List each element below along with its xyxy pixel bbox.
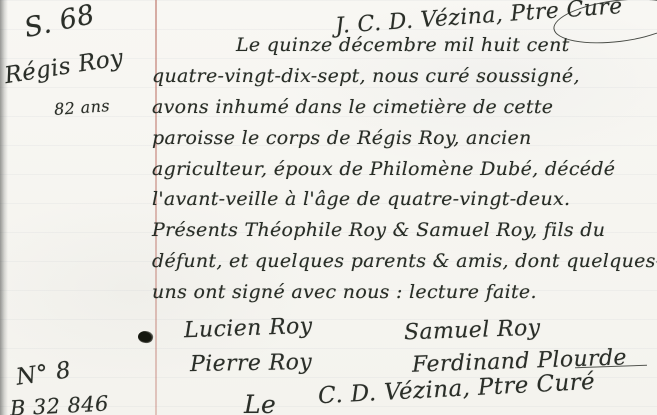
act-line: agriculteur, époux de Philomène Dubé, dé… (152, 154, 657, 185)
act-line: avons inhumé dans le cimetière de cette (152, 92, 657, 123)
margin-deceased-name: Régis Roy (3, 45, 125, 89)
next-entry-fragment: Le (244, 390, 276, 415)
margin-age: 82 ans (53, 96, 110, 119)
act-line: l'avant-veille à l'âge de quatre-vingt-d… (152, 184, 657, 215)
burial-act-text: Le quinze décembre mil huit cent quatre-… (152, 30, 657, 308)
margin-entry-number: S. 68 (22, 0, 98, 44)
witness-signature-lucien-roy: Lucien Roy (184, 314, 313, 343)
act-line: défunt, et quelques parents & amis, dont… (152, 246, 657, 277)
witness-signature-samuel-roy: Samuel Roy (404, 316, 541, 346)
witness-signature-pierre-roy: Pierre Roy (190, 350, 313, 377)
act-line: uns ont signé avec nous : lecture faite. (152, 277, 657, 308)
act-line: quatre-vingt-dix-sept, nous curé soussig… (152, 61, 657, 92)
ink-blot (137, 329, 155, 344)
act-line: Le quinze décembre mil huit cent (152, 30, 657, 61)
bottom-margin-code: B 32 846 (9, 391, 109, 415)
register-page: S. 68 Régis Roy 82 ans J. C. D. Vézina, … (0, 0, 657, 415)
act-line: Présents Théophile Roy & Samuel Roy, fil… (152, 215, 657, 246)
bottom-margin-number: N° 8 (14, 357, 72, 390)
act-line: paroisse le corps de Régis Roy, ancien (152, 123, 657, 154)
